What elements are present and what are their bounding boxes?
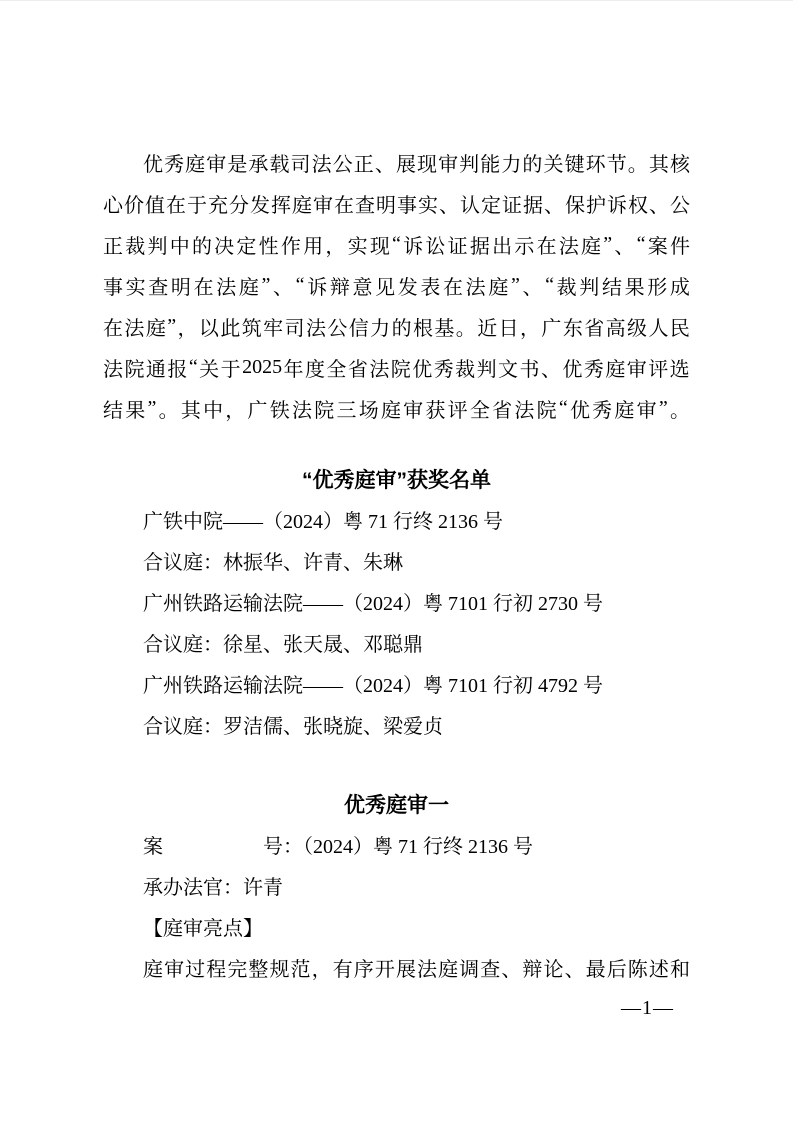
intro-line: 心价值在于充分发挥庭审在查明事实、认定证据、保护诉权、公	[103, 183, 690, 224]
document-page: 优秀庭审是承载司法公正、展现审判能力的关键环节。其核 心价值在于充分发挥庭审在查…	[0, 0, 793, 1122]
trial-one-judge: 承办法官：许青	[103, 865, 690, 906]
award-panel-line: 合议庭：徐星、张天晟、邓聪鼎	[103, 622, 690, 663]
intro-line: 正裁判中的决定性作用，实现“诉讼证据出示在法庭”、“案件	[103, 224, 690, 265]
intro-line: 法院通报“关于2025年度全省法院优秀裁判文书、优秀庭审评选	[103, 347, 690, 388]
trial-one-heading: 优秀庭审一	[103, 783, 690, 824]
intro-line: 优秀庭审是承载司法公正、展现审判能力的关键环节。其核	[103, 142, 690, 183]
intro-line: 在法庭”，以此筑牢司法公信力的根基。近日，广东省高级人民	[103, 306, 690, 347]
trial-one-case-number: 案 号：（2024）粤 71 行终 2136 号	[103, 824, 690, 865]
award-case-line: 广州铁路运输法院——（2024）粤 7101 行初 4792 号	[103, 663, 690, 704]
intro-line: 事实查明在法庭”、“诉辩意见发表在法庭”、“裁判结果形成	[103, 265, 690, 306]
intro-line: 结果”。其中，广铁法院三场庭审获评全省法院“优秀庭审”。	[103, 388, 690, 429]
document-body: 优秀庭审是承载司法公正、展现审判能力的关键环节。其核 心价值在于充分发挥庭审在查…	[103, 142, 690, 988]
trial-one-highlights-heading: 【庭审亮点】	[103, 906, 690, 947]
trial-one-highlights-line: 庭审过程完整规范，有序开展法庭调查、辩论、最后陈述和	[103, 947, 690, 988]
award-case-line: 广州铁路运输法院——（2024）粤 7101 行初 2730 号	[103, 581, 690, 622]
award-panel-line: 合议庭：罗洁儒、张晓旋、梁爱贞	[103, 704, 690, 745]
award-case-line: 广铁中院——（2024）粤 71 行终 2136 号	[103, 499, 690, 540]
award-panel-line: 合议庭：林振华、许青、朱琳	[103, 540, 690, 581]
page-number: —1—	[621, 997, 674, 1020]
award-list-heading: “优秀庭审”获奖名单	[103, 458, 690, 499]
